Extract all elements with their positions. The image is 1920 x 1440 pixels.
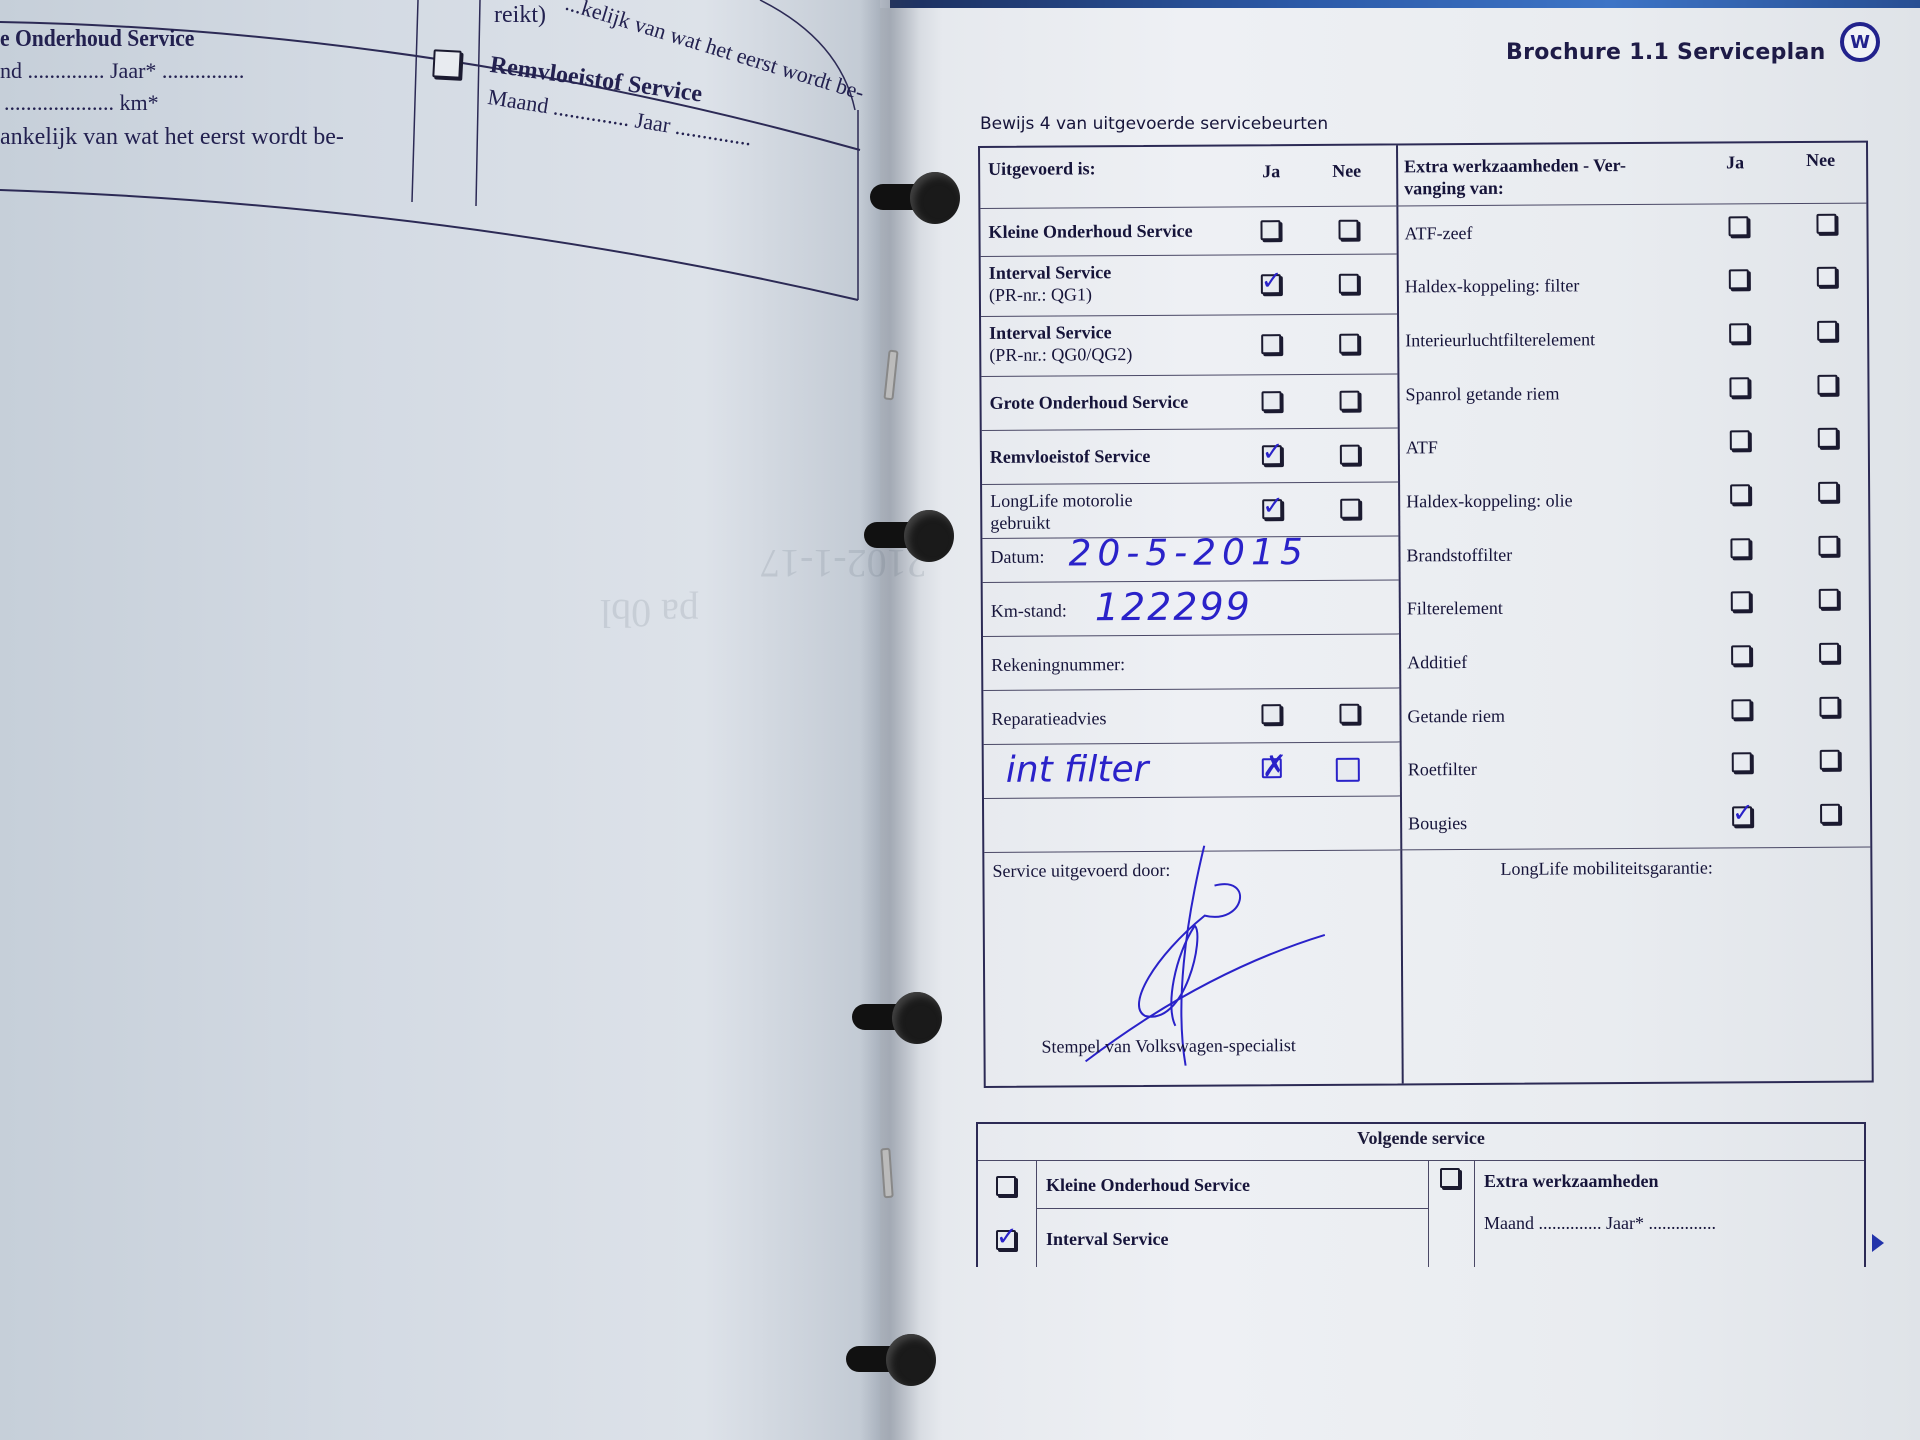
brochure-title: Brochure 1.1 Serviceplan — [1506, 40, 1826, 65]
performed-ja-checkbox[interactable]: ✓ — [1262, 499, 1282, 519]
extra-ja-checkbox[interactable] — [1730, 538, 1750, 558]
reparatie-ja-checkbox[interactable] — [1261, 704, 1281, 724]
binder-ring — [846, 1334, 936, 1386]
extra-col-ja: Ja — [1726, 151, 1744, 173]
handwritten-advice-row: int filter ✗ — [984, 741, 1400, 799]
extra-ja-checkbox[interactable] — [1732, 753, 1752, 773]
extra-ja-checkbox[interactable] — [1729, 323, 1749, 343]
extra-nee-checkbox[interactable] — [1819, 589, 1839, 609]
extra-ja-checkbox[interactable]: ✓ — [1732, 806, 1752, 826]
extra-work-row: Spanrol getande riem — [1397, 364, 1867, 421]
extra-work-row: Getande riem — [1399, 686, 1869, 743]
advice-ja-checkbox[interactable]: ✗ — [1262, 758, 1282, 778]
extra-work-label: Interieurluchtfilterelement — [1405, 328, 1595, 351]
extra-nee-checkbox[interactable] — [1816, 214, 1836, 234]
extra-work-label: Haldex-koppeling: filter — [1405, 275, 1580, 298]
extra-ja-checkbox[interactable] — [1731, 699, 1751, 719]
performed-row-sublabel: (PR-nr.: QG0/QG2) — [989, 343, 1132, 366]
performed-header: Uitgevoerd is: Ja Nee — [980, 145, 1396, 209]
extra-heading-2: vanging van: — [1404, 177, 1504, 200]
extra-nee-checkbox[interactable] — [1820, 750, 1840, 770]
extra-ja-checkbox[interactable] — [1730, 431, 1750, 451]
extra-work-row: Bougies✓ — [1400, 793, 1870, 850]
next-service-title: Volgende service — [978, 1128, 1864, 1149]
performed-row-label: LongLife motorolie — [990, 489, 1133, 512]
performed-row-label: Grote Onderhoud Service — [990, 391, 1189, 414]
handwritten-advice[interactable]: int filter — [1006, 749, 1149, 791]
extra-work-label: Getande riem — [1407, 705, 1505, 728]
form-subtitle: Bewijs 4 van uitgevoerde servicebeurten — [980, 114, 1328, 134]
service-record-form: Uitgevoerd is: Ja Nee Kleine Onderhoud S… — [978, 141, 1874, 1088]
km-value[interactable]: 122299 — [1095, 584, 1252, 629]
next-service-box: Volgende service Kleine Onderhoud Servic… — [976, 1122, 1866, 1267]
extra-work-label: Filterelement — [1407, 597, 1503, 620]
extra-work-label: ATF-zeef — [1404, 222, 1472, 244]
performed-ja-checkbox[interactable] — [1261, 334, 1281, 354]
left-col1-line3: ankelijk van wat het eerst wordt be- — [0, 124, 344, 151]
extra-work-label: Roetfilter — [1408, 758, 1477, 780]
extra-ja-checkbox[interactable] — [1729, 377, 1749, 397]
performed-row: Interval Service(PR-nr.: QG0/QG2) — [981, 313, 1397, 377]
reparatie-row: Reparatieadvies — [983, 687, 1399, 745]
performed-row: Remvloeistof Service✓ — [982, 427, 1398, 485]
extra-work-label: Brandstoffilter — [1406, 544, 1512, 567]
next-kleine-label: Kleine Onderhoud Service — [1046, 1174, 1250, 1196]
performed-row: Grote Onderhoud Service — [981, 373, 1397, 431]
extra-work-row: Roetfilter — [1400, 739, 1870, 796]
extra-nee-checkbox[interactable] — [1819, 697, 1839, 717]
rekening-row: Rekeningnummer: — [983, 633, 1399, 691]
km-row: Km-stand: 122299 — [983, 579, 1399, 637]
extra-nee-checkbox[interactable] — [1818, 482, 1838, 502]
datum-value[interactable]: 20-5-2015 — [1068, 532, 1309, 574]
extra-nee-checkbox[interactable] — [1818, 536, 1838, 556]
performed-nee-checkbox[interactable] — [1339, 334, 1359, 354]
extra-work-row: ATF-zeef — [1396, 203, 1866, 260]
vw-logo-icon: W — [1840, 22, 1880, 62]
extra-nee-checkbox[interactable] — [1817, 267, 1837, 287]
performed-row-label: Interval Service — [989, 321, 1112, 344]
left-col1-line1: nd .............. Jaar* ............... — [0, 58, 244, 84]
extra-ja-checkbox[interactable] — [1729, 270, 1749, 290]
datum-label: Datum: — [990, 546, 1044, 568]
advice-nee-checkbox[interactable] — [1336, 758, 1360, 782]
extra-nee-checkbox[interactable] — [1817, 375, 1837, 395]
extra-work-label: ATF — [1406, 437, 1438, 459]
stamp-label: Stempel van Volkswagen-specialist — [1041, 1034, 1295, 1058]
next-page-arrow-icon — [1872, 1234, 1884, 1252]
km-label: Km-stand: — [991, 599, 1067, 621]
reparatie-label: Reparatieadvies — [991, 707, 1106, 730]
left-remvloeistof-checkbox[interactable] — [432, 49, 461, 78]
extra-ja-checkbox[interactable] — [1728, 216, 1748, 236]
extra-work-label: Bougies — [1408, 812, 1467, 834]
performed-row: Interval Service(PR-nr.: QG1)✓ — [981, 253, 1397, 317]
rekening-label: Rekeningnummer: — [991, 653, 1125, 676]
bleed-through-text: pa 0bl — [600, 590, 699, 637]
extra-work-row: Brandstoffilter — [1398, 525, 1868, 582]
performed-ja-checkbox[interactable] — [1260, 220, 1280, 240]
extra-work-row: ATF — [1398, 417, 1868, 474]
longlife-label: LongLife mobiliteitsgarantie: — [1500, 857, 1713, 880]
service-by-section: Service uitgevoerd door: Stempel van Vol… — [984, 849, 1401, 1088]
extra-work-row: Additief — [1399, 632, 1869, 689]
binder-ring — [870, 172, 960, 224]
left-col2-fragment: reikt) — [494, 2, 546, 29]
datum-row: Datum: 20-5-2015 — [982, 525, 1398, 583]
performed-row-label: Interval Service — [989, 261, 1112, 284]
col-ja: Ja — [1262, 160, 1280, 182]
extra-work-label: Haldex-koppeling: olie — [1406, 490, 1573, 513]
next-extra-label: Extra werkzaamheden — [1484, 1170, 1658, 1192]
performed-nee-checkbox[interactable] — [1338, 220, 1358, 240]
next-extra-checkbox[interactable] — [1440, 1168, 1460, 1188]
performed-column: Uitgevoerd is: Ja Nee Kleine Onderhoud S… — [980, 145, 1404, 1086]
extra-header: Extra werkzaamheden - Ver- vanging van: … — [1396, 143, 1866, 207]
extra-work-label: Spanrol getande riem — [1405, 382, 1559, 405]
reparatie-nee-checkbox[interactable] — [1339, 704, 1359, 724]
extra-nee-checkbox[interactable] — [1817, 321, 1837, 341]
performed-row: Kleine Onderhoud Service — [980, 205, 1396, 257]
extra-work-row: Filterelement — [1399, 578, 1869, 635]
extra-ja-checkbox[interactable] — [1731, 645, 1751, 665]
extra-nee-checkbox[interactable] — [1818, 428, 1838, 448]
performed-row-sublabel: (PR-nr.: QG1) — [989, 283, 1092, 306]
col-nee: Nee — [1332, 160, 1361, 182]
performed-row-label: Remvloeistof Service — [990, 445, 1151, 468]
performed-nee-checkbox[interactable] — [1340, 445, 1360, 465]
binder-ring — [864, 510, 954, 562]
next-interval-label: Interval Service — [1046, 1228, 1168, 1250]
left-col1-title: e Onderhoud Service — [0, 26, 194, 53]
extra-nee-checkbox[interactable] — [1819, 643, 1839, 663]
performed-heading: Uitgevoerd is: — [988, 157, 1096, 180]
performed-nee-checkbox[interactable] — [1339, 274, 1359, 294]
binder-ring — [852, 992, 942, 1044]
performed-ja-checkbox[interactable]: ✓ — [1262, 445, 1282, 465]
performed-ja-checkbox[interactable]: ✓ — [1261, 274, 1281, 294]
extra-work-row: Interieurluchtfilterelement — [1397, 310, 1867, 367]
extra-nee-checkbox[interactable] — [1820, 804, 1840, 824]
next-date-line: Maand .............. Jaar* .............… — [1484, 1212, 1716, 1234]
extra-ja-checkbox[interactable] — [1730, 484, 1750, 504]
performed-row-label: Kleine Onderhoud Service — [988, 220, 1192, 243]
left-col1-line2: .................... km* — [4, 90, 159, 116]
next-interval-checkbox[interactable]: ✓ — [996, 1230, 1016, 1250]
performed-nee-checkbox[interactable] — [1340, 499, 1360, 519]
performed-ja-checkbox[interactable] — [1262, 391, 1282, 411]
performed-nee-checkbox[interactable] — [1340, 391, 1360, 411]
next-kleine-checkbox[interactable] — [996, 1176, 1016, 1196]
extra-work-label: Additief — [1407, 651, 1467, 673]
extra-col-nee: Nee — [1806, 149, 1835, 171]
extra-heading: Extra werkzaamheden - Ver- — [1404, 154, 1626, 177]
extra-ja-checkbox[interactable] — [1731, 592, 1751, 612]
extra-work-column: Extra werkzaamheden - Ver- vanging van: … — [1396, 143, 1872, 1084]
longlife-section: LongLife mobiliteitsgarantie: — [1400, 847, 1871, 1087]
extra-work-row: Haldex-koppeling: filter — [1397, 256, 1867, 313]
extra-work-row: Haldex-koppeling: olie — [1398, 471, 1868, 528]
signature — [1064, 845, 1365, 1067]
